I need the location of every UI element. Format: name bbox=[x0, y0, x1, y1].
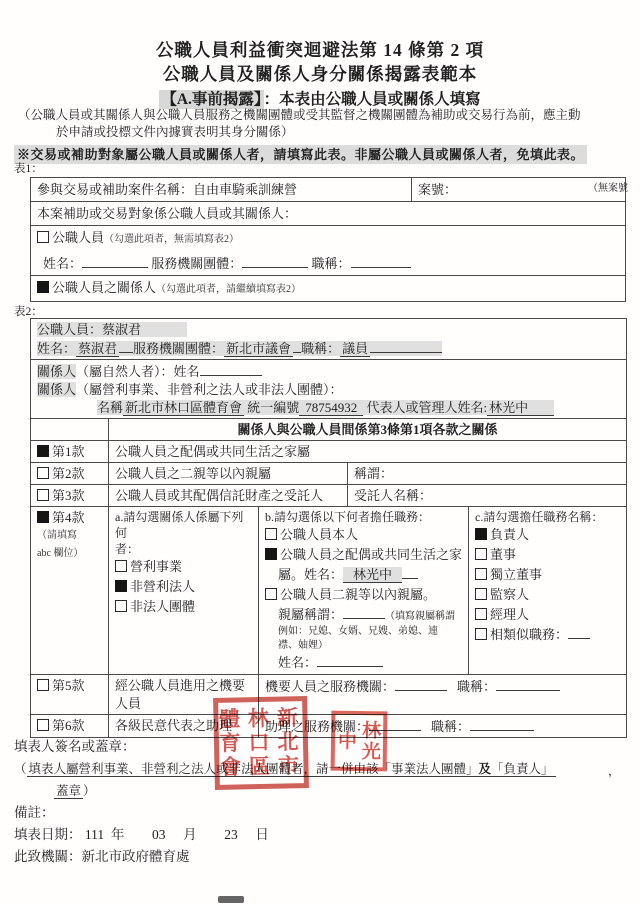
official-label: 公職人員 bbox=[52, 230, 104, 245]
table-row: 公職人員：蔡淑君 姓名：蔡淑君服務機關團體：新北市議會職稱：議員 bbox=[31, 319, 627, 360]
table1: 參與交易或補助案件名稱：自由車騎乘訓練營 案號： （無案號 本案補助或交易對象係… bbox=[30, 177, 626, 302]
clause3-extra: 受託人名稱： bbox=[348, 485, 627, 507]
official-note: （勾選此項者，無需填寫表2） bbox=[104, 234, 239, 245]
a-opt2-checkbox[interactable] bbox=[115, 580, 127, 592]
rel-natural-paren: （屬自然人者）： bbox=[76, 364, 174, 379]
table2: 公職人員：蔡淑君 姓名：蔡淑君服務機關團體：新北市議會職稱：議員 關係人（屬自然… bbox=[30, 318, 627, 738]
detail-org-value: 新北市議會 bbox=[224, 341, 293, 357]
rel-natural-name-label: 姓名 bbox=[174, 364, 200, 379]
a-opt3-label: 非法人團體 bbox=[130, 599, 195, 614]
form-title-law: 公職人員利益衝突迴避法第 14 條第 2 項 bbox=[0, 38, 640, 62]
col-c-head: c.請勾選擔任職務名稱： bbox=[475, 509, 620, 525]
b-opt2-line1: 公職人員之配偶或共同生活之家 bbox=[280, 547, 462, 562]
clause5-blank1[interactable] bbox=[395, 677, 447, 691]
kin-note3: 襟、妯娌） bbox=[265, 639, 462, 653]
to-agency-label: 此致機關： bbox=[14, 849, 82, 864]
official-line-label: 公職人員： bbox=[37, 322, 102, 337]
c-opt1-checkbox[interactable] bbox=[475, 528, 487, 540]
table1-label: 表1： bbox=[14, 160, 43, 176]
clause1-desc: 公職人員之配偶或共同生活之家屬 bbox=[109, 441, 627, 463]
clause1-checkbox[interactable] bbox=[37, 445, 49, 457]
table-row: 第1款 公職人員之配偶或共同生活之家屬 bbox=[31, 441, 627, 463]
subject-line: 本案補助或交易對象係公職人員或其關係人： bbox=[31, 202, 626, 226]
to-agency-value: 新北市政府體育處 bbox=[82, 849, 190, 864]
clause5-checkbox[interactable] bbox=[37, 679, 49, 691]
c-opt4-checkbox[interactable] bbox=[475, 588, 487, 600]
org-label: 服務機關團體： bbox=[151, 256, 242, 271]
org-seal-col1: 新北市 bbox=[271, 704, 302, 781]
fill-date-line: 填表日期：111 年 03 月 23 日 bbox=[14, 824, 630, 846]
table-row: 公職人員之關係人（勾選此項者，請繼續填寫表2） bbox=[31, 276, 626, 302]
blank-underline bbox=[119, 339, 133, 353]
clause3-desc: 公職人員或其配偶信託財產之受託人 bbox=[109, 485, 348, 507]
clause5-extra2: 職稱： bbox=[457, 679, 496, 694]
clause5-no: 第5款 bbox=[52, 678, 85, 693]
org-rep-value: 林光中 bbox=[487, 400, 554, 416]
scanned-disclosure-form: 公職人員利益衝突迴避法第 14 條第 2 項 公職人員及關係人身分關係揭露表範本… bbox=[0, 0, 640, 905]
b-opt2-checkbox[interactable] bbox=[265, 548, 277, 560]
sign-note-bold: 及 bbox=[479, 762, 492, 776]
clause6-extra2: 職稱： bbox=[431, 719, 470, 734]
official-checkbox[interactable] bbox=[37, 231, 49, 243]
official-detail-line: 姓名：蔡淑君服務機關團體：新北市議會職稱：議員 bbox=[37, 341, 442, 356]
table-row: 第5款 經公職人員進用之機要人員 機要人員之服務機關：職稱： bbox=[31, 675, 627, 715]
col-b-head: b.請勾選係以下何者擔任職務： bbox=[265, 509, 462, 525]
month-unit: 月 bbox=[183, 827, 197, 842]
sign-note-part2: 「負責人」 bbox=[491, 762, 554, 776]
to-agency-line: 此致機關：新北市政府體育處 bbox=[14, 846, 630, 868]
blank-underline bbox=[370, 339, 442, 353]
clause6-blank2[interactable] bbox=[470, 717, 534, 731]
date-year-value: 111 bbox=[82, 824, 108, 846]
rel-org-label: 關係人 bbox=[37, 382, 76, 397]
name-label: 姓名： bbox=[43, 256, 82, 271]
b-opt3-name-label: 姓名： bbox=[278, 655, 317, 670]
org-uid-value: 78754932 bbox=[299, 400, 363, 416]
official-line: 公職人員：蔡淑君 bbox=[37, 322, 187, 337]
table-row: 公職人員（勾選此項者，無需填寫表2） 姓名： 服務機關團體： 職稱： bbox=[31, 226, 626, 276]
table-row: 本案補助或交易對象係公職人員或其關係人： bbox=[31, 202, 626, 226]
year-unit: 年 bbox=[111, 827, 125, 842]
c-opt6-label: 相類似職務： bbox=[490, 627, 568, 642]
fill-notice: ※交易或補助對象屬公職人員或關係人者，請填寫此表。非屬公職人員或關係人者，免填此… bbox=[14, 145, 587, 164]
personal-seal-col1: 林光 bbox=[357, 718, 382, 764]
org-seal-col3: 體育會 bbox=[213, 705, 244, 782]
c-opt6-blank[interactable] bbox=[568, 625, 590, 639]
related-person-checkbox[interactable] bbox=[37, 281, 49, 293]
kin-note1: （填寫親屬稱謂 bbox=[385, 611, 455, 622]
case-no-note: （無案號 bbox=[588, 179, 628, 198]
detail-title-value: 議員 bbox=[340, 341, 370, 357]
clause5-blank2[interactable] bbox=[496, 677, 560, 691]
clause2-desc: 公職人員之二親等以內親屬 bbox=[109, 463, 348, 485]
intro-paren-line2: 於申請或投標文件內據實表明其身分關係） bbox=[18, 124, 630, 141]
table-row: 關係人（屬自然人者）：姓名 關係人（屬營利事業、非營利之法人或非法人團體）： 名… bbox=[31, 360, 627, 419]
related-person-note: （勾選此項者，請繼續填寫表2） bbox=[156, 284, 301, 295]
clause2-no: 第2款 bbox=[52, 466, 85, 481]
b-opt1-label: 公職人員本人 bbox=[280, 527, 358, 542]
c-opt3-checkbox[interactable] bbox=[475, 568, 487, 580]
blank-underline bbox=[402, 565, 418, 579]
intro-paren-line1: （公職人員或其關係人與公職人員服務之機關團體或受其監督之機關團體為補助或交易行為… bbox=[18, 107, 630, 124]
table-row: 第3款 公職人員或其配偶信託財產之受託人 受託人名稱： bbox=[31, 485, 627, 507]
official-name-value: 蔡淑君 bbox=[102, 322, 141, 337]
clause2-checkbox[interactable] bbox=[37, 467, 49, 479]
table-row: 關係人與公職人員間係第3條第1項各款之關係 bbox=[31, 419, 627, 441]
clause5-extra1: 機要人員之服務機關： bbox=[265, 679, 395, 694]
detail-name-value: 蔡淑君 bbox=[76, 341, 119, 357]
c-opt3-label: 獨立董事 bbox=[490, 567, 542, 582]
b-opt1-checkbox[interactable] bbox=[265, 528, 277, 540]
rel-natural-name-blank[interactable] bbox=[200, 362, 262, 376]
c-opt4-label: 監察人 bbox=[490, 587, 529, 602]
kin-note2: 例如：兄媳、女婿、兄嫂、弟媳、連 bbox=[265, 625, 462, 639]
kin-blank-field[interactable] bbox=[343, 605, 385, 619]
a-opt1-label: 營利事業 bbox=[130, 559, 182, 574]
close-paren: ） bbox=[83, 784, 96, 798]
intro-block: （公職人員或其關係人與公職人員服務之機關團體或受其監督之機關團體為補助或交易行為… bbox=[18, 107, 630, 164]
clause4-no: 第4款 bbox=[52, 510, 85, 525]
personal-seal-col2: 中 bbox=[333, 718, 358, 764]
rel-org-paren: （屬營利事業、非營利之法人或非法人團體）： bbox=[76, 382, 343, 397]
name-blank-field[interactable] bbox=[82, 254, 148, 268]
sign-note-line2: 蓋章） bbox=[14, 780, 630, 802]
b-opt3-line1: 公職人員二親等以內親屬。 bbox=[280, 587, 436, 602]
c-opt5-checkbox[interactable] bbox=[475, 608, 487, 620]
personal-seal: 林光 中 bbox=[331, 711, 388, 772]
b-opt2-line2: 屬。姓名： bbox=[278, 567, 343, 582]
rel-org-detail-line: 名稱新北市林口區體育會 統一編號78754932 代表人或管理人姓名:林光中 bbox=[97, 400, 554, 415]
col-a-head2: 者： bbox=[115, 541, 252, 557]
c-opt5-label: 經理人 bbox=[490, 607, 529, 622]
clause4-checkbox[interactable] bbox=[37, 511, 49, 523]
clause2-extra: 稱謂： bbox=[348, 463, 627, 485]
organization-seal: 新北市 林口區 體育會 bbox=[213, 696, 309, 790]
table-row: 參與交易或補助案件名稱：自由車騎乘訓練營 案號： （無案號 bbox=[31, 178, 626, 202]
org-blank-field[interactable] bbox=[242, 254, 308, 268]
b-opt2-name-value: 林光中 bbox=[343, 567, 402, 583]
clause4-note2: abc 欄位） bbox=[37, 545, 102, 563]
scan-artifact-mark bbox=[218, 896, 244, 903]
org-name-value: 新北市林口區體育會 bbox=[123, 400, 244, 416]
c-opt1-label: 負責人 bbox=[490, 527, 529, 542]
seal-word-underlined: 蓋章 bbox=[54, 784, 83, 799]
open-paren: （ bbox=[14, 762, 27, 776]
org-seal-col2: 林口區 bbox=[242, 705, 273, 782]
sign-note-line1: （填表人屬營利事業、非營利之法人或非法人團體者，請一併由該「事業法人團體」及「負… bbox=[14, 758, 630, 780]
detail-title-label: 職稱： bbox=[301, 341, 340, 356]
title-block: 公職人員利益衝突迴避法第 14 條第 2 項 公職人員及關係人身分關係揭露表範本… bbox=[0, 38, 640, 112]
case-name-label: 參與交易或補助案件名稱： bbox=[37, 182, 193, 197]
c-opt2-checkbox[interactable] bbox=[475, 548, 487, 560]
table-row: 第2款 公職人員之二親等以內親屬 稱謂： bbox=[31, 463, 627, 485]
clause1-no: 第1款 bbox=[52, 444, 85, 459]
clause3-checkbox[interactable] bbox=[37, 489, 49, 501]
kin-label: 親屬稱謂： bbox=[278, 607, 343, 622]
c-opt2-label: 董事 bbox=[490, 547, 516, 562]
blank-underline bbox=[293, 339, 301, 353]
table-row: 第6款 各級民意代表之助理 助理之服務機關：職稱： bbox=[31, 715, 627, 738]
clause3-no: 第3款 bbox=[52, 488, 85, 503]
org-name-label: 名稱 bbox=[97, 400, 123, 415]
detail-org-label: 服務機關團體： bbox=[133, 341, 224, 356]
a-opt3-checkbox[interactable] bbox=[115, 600, 127, 612]
a-opt1-checkbox[interactable] bbox=[115, 560, 127, 572]
pre-disclosure-desc: ：本表由公職人員或關係人填寫 bbox=[264, 91, 481, 108]
clause6-no: 第6款 bbox=[52, 718, 85, 733]
table2-label: 表2： bbox=[14, 303, 43, 319]
c-opt6-checkbox[interactable] bbox=[475, 628, 487, 640]
title-label: 職稱： bbox=[312, 256, 351, 271]
rel-natural-label: 關係人 bbox=[37, 364, 76, 379]
clause6-checkbox[interactable] bbox=[37, 719, 49, 731]
related-person-label: 公職人員之關係人 bbox=[52, 280, 156, 295]
date-label: 填表日期： bbox=[14, 827, 82, 842]
b-opt3-name-blank[interactable] bbox=[317, 653, 383, 667]
b-opt3-checkbox[interactable] bbox=[265, 588, 277, 600]
case-no-label: 案號： bbox=[418, 182, 457, 197]
day-unit: 日 bbox=[255, 827, 269, 842]
stray-mark: ， bbox=[608, 760, 620, 782]
col-a-head1: a.請勾選關係人係屬下列何 bbox=[115, 509, 252, 541]
org-rep-label: 代表人或管理人姓名: bbox=[367, 400, 488, 415]
org-uid-label: 統一編號 bbox=[247, 400, 299, 415]
remark-label: 備註： bbox=[14, 802, 630, 824]
sign-label: 填表人簽名或蓋章： bbox=[14, 736, 630, 758]
clause4-note1: （請填寫 bbox=[37, 527, 102, 545]
a-opt2-label: 非營利法人 bbox=[130, 579, 195, 594]
detail-name-label: 姓名： bbox=[37, 341, 76, 356]
case-name-value: 自由車騎乘訓練營 bbox=[193, 182, 297, 197]
title-blank-field[interactable] bbox=[351, 254, 411, 268]
date-month-value: 03 bbox=[146, 824, 172, 846]
footer-block: 填表人簽名或蓋章： （填表人屬營利事業、非營利之法人或非法人團體者，請一併由該「… bbox=[14, 736, 630, 868]
relation-header: 關係人與公職人員間係第3條第1項各款之關係 bbox=[109, 419, 627, 441]
form-title-name: 公職人員及關係人身分關係揭露表範本 bbox=[0, 62, 640, 86]
date-day-value: 23 bbox=[218, 824, 244, 846]
table-row: 第4款 （請填寫 abc 欄位） a.請勾選關係人係屬下列何 者： 營利事業 非… bbox=[31, 507, 627, 675]
